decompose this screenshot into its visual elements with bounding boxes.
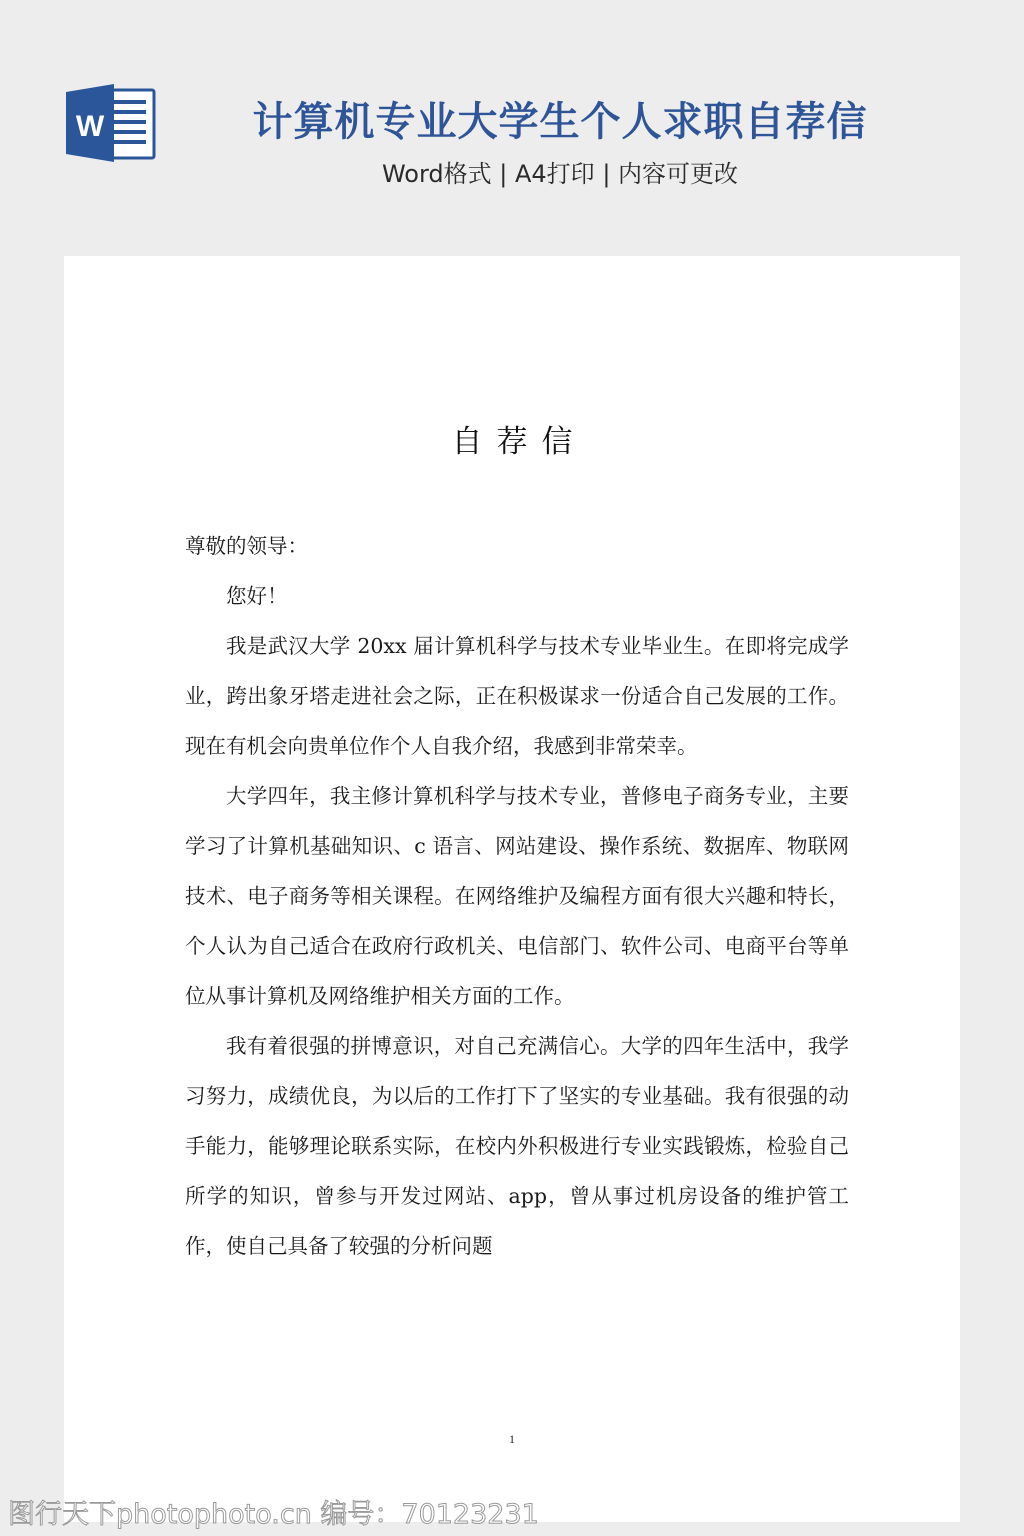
document-title: 自荐信 xyxy=(64,416,960,461)
page-number: 1 xyxy=(64,1432,960,1447)
paragraph-3: 我有着很强的拼博意识，对自己充满信心。大学的四年生活中，我学习努力，成绩优良，为… xyxy=(185,1021,849,1271)
paragraph-1: 我是武汉大学 20xx 届计算机科学与技术专业毕业生。在即将完成学业，跨出象牙塔… xyxy=(185,621,849,771)
paragraph-2: 大学四年，我主修计算机科学与技术专业，普修电子商务专业，主要学习了计算机基础知识… xyxy=(185,771,849,1021)
page-subtitle: Word格式 | A4打印 | 内容可更改 xyxy=(200,154,920,189)
greeting: 您好！ xyxy=(185,571,849,621)
svg-text:W: W xyxy=(76,110,105,143)
salutation: 尊敬的领导： xyxy=(185,521,849,571)
header-banner: W 计算机专业大学生个人求职自荐信 Word格式 | A4打印 | 内容可更改 xyxy=(0,0,1024,256)
document-body: 尊敬的领导： 您好！ 我是武汉大学 20xx 届计算机科学与技术专业毕业生。在即… xyxy=(185,521,849,1271)
document-page: 自荐信 尊敬的领导： 您好！ 我是武汉大学 20xx 届计算机科学与技术专业毕业… xyxy=(64,256,960,1522)
word-icon: W xyxy=(64,82,156,164)
watermark: 图行天下photophoto.cn 编号：70123231 xyxy=(8,1492,539,1531)
page-title: 计算机专业大学生个人求职自荐信 xyxy=(200,90,920,147)
